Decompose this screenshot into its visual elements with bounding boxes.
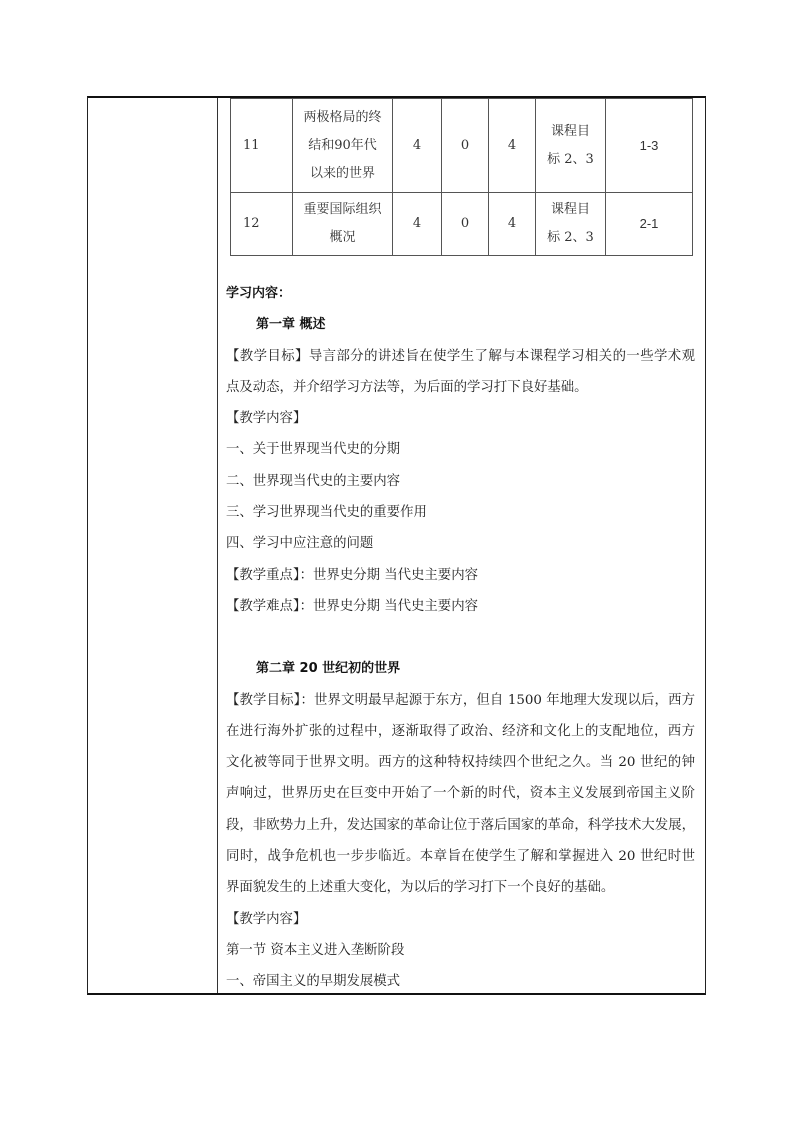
topic-line: 两极格局的终 [293,104,392,132]
chapter1-item: 一、关于世界现当代史的分期 [226,434,695,465]
outer-right-cell: 11 两极格局的终 结和90年代 以来的世界 4 0 4 课程目 标 2、3 1… [218,98,705,993]
chapter2-goal-line: 在进行海外扩张的过程中，逐渐取得了政治、经济和文化上的支配地位，西方 [226,716,695,747]
hours-theory: 4 [489,99,536,193]
chapter2-section: 第一节 资本主义进入垄断阶段 [226,935,695,966]
chapter1-goal-line: 点及动态，并介绍学习方法等，为后面的学习打下良好基础。 [226,372,695,403]
goal-line: 课程目 [536,196,605,224]
goal-line: 标 2、3 [536,224,605,252]
spacer [226,622,695,653]
table-row: 11 两极格局的终 结和90年代 以来的世界 4 0 4 课程目 标 2、3 1… [231,99,693,193]
hours-theory: 4 [489,193,536,256]
chapter1-goal-line: 【教学目标】导言部分的讲述旨在使学生了解与本课程学习相关的一些学术观 [226,341,695,372]
chapter1-content-label: 【教学内容】 [226,403,695,434]
goal-cell: 课程目 标 2、3 [536,99,606,193]
chapter2-item: 一、帝国主义的早期发展模式 [226,966,695,997]
chapter2-goal-line: 文化被等同于世界文明。西方的这种特权持续四个世纪之久。当 20 世纪的钟 [226,747,695,778]
table-row: 12 重要国际组织 概况 4 0 4 课程目 标 2、3 2-1 [231,193,693,256]
chapter2-goal-line: 段，非欧势力上升，发达国家的革命让位于落后国家的革命，科学技术大发展， [226,810,695,841]
chapter2-goal-line: 【教学目标】：世界文明最早起源于东方，但自 1500 年地理大发现以后，西方 [226,685,695,716]
topic-cell: 两极格局的终 结和90年代 以来的世界 [293,99,393,193]
hours-practice: 0 [442,99,489,193]
chapter1-item: 二、世界现当代史的主要内容 [226,466,695,497]
topic-cell: 重要国际组织 概况 [293,193,393,256]
topic-line: 重要国际组织 [293,196,392,224]
topic-line: 结和90年代 [293,132,392,160]
chapter2-content-label: 【教学内容】 [226,904,695,935]
row-number: 11 [231,99,293,193]
hours-practice: 0 [442,193,489,256]
chapter1-title: 第一章 概述 [226,309,695,340]
chapter2-goal-line: 界面貌发生的上述重大变化，为以后的学习打下一个良好的基础。 [226,872,695,903]
topic-line: 概况 [293,224,392,252]
chapter1-item: 三、学习世界现当代史的重要作用 [226,497,695,528]
outer-left-cell [88,98,218,993]
chapter1-item: 四、学习中应注意的问题 [226,528,695,559]
chapter1-key-points: 【教学重点】：世界史分期 当代史主要内容 [226,560,695,591]
chapter2-goal-line: 同时，战争危机也一步步临近。本章旨在使学生了解和掌握进入 20 世纪时世 [226,841,695,872]
chapter2-title: 第二章 20 世纪初的世界 [226,653,695,684]
code-cell: 1-3 [606,99,693,193]
row-number: 12 [231,193,293,256]
hours-total: 4 [393,193,442,256]
chapter2-goal-line: 声响过，世界历史在巨变中开始了一个新的时代，资本主义发展到帝国主义阶 [226,778,695,809]
goal-line: 标 2、3 [536,146,605,174]
hours-total: 4 [393,99,442,193]
chapter1-difficulties: 【教学难点】：世界史分期 当代史主要内容 [226,591,695,622]
goal-cell: 课程目 标 2、3 [536,193,606,256]
code-cell: 2-1 [606,193,693,256]
schedule-table: 11 两极格局的终 结和90年代 以来的世界 4 0 4 课程目 标 2、3 1… [230,98,693,256]
outer-table: 11 两极格局的终 结和90年代 以来的世界 4 0 4 课程目 标 2、3 1… [87,96,706,995]
content-heading: 学习内容： [226,278,695,309]
topic-line: 以来的世界 [293,160,392,188]
goal-line: 课程目 [536,118,605,146]
learning-content: 学习内容： 第一章 概述 【教学目标】导言部分的讲述旨在使学生了解与本课程学习相… [226,278,695,998]
